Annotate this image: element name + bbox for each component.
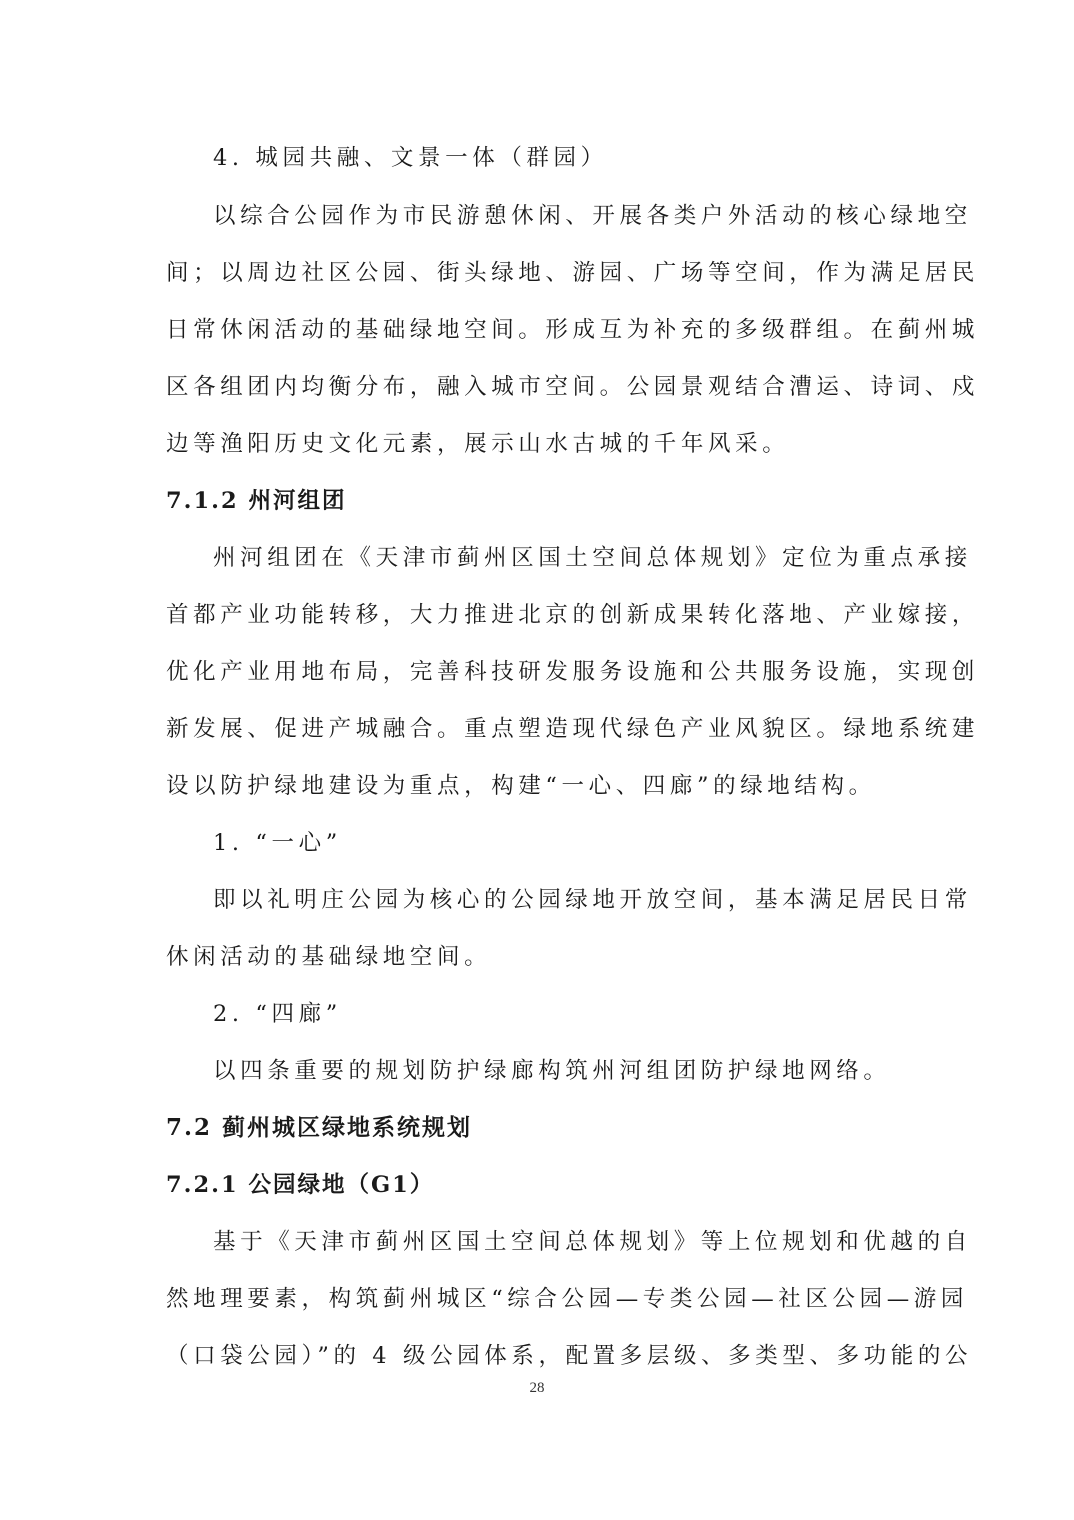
paragraph-line: 间；以周边社区公园、街头绿地、游园、广场等空间，作为满足居民 [166,258,912,288]
paragraph-line: 优化产业用地布局，完善科技研发服务设施和公共服务设施，实现创 [166,657,912,687]
paragraph-line: 以综合公园作为市民游憩休闲、开展各类户外活动的核心绿地空 [213,201,913,231]
paragraph-line: 基于《天津市蓟州区国土空间总体规划》等上位规划和优越的自 [213,1227,913,1257]
paragraph-line: 州河组团在《天津市蓟州区国土空间总体规划》定位为重点承接 [213,543,913,573]
section-heading-7-2: 7.2 蓟州城区绿地系统规划 [166,1113,912,1143]
paragraph-line: 首都产业功能转移，大力推进北京的创新成果转化落地、产业嫁接， [166,600,912,630]
paragraph-line: 区各组团内均衡分布，融入城市空间。公园景观结合漕运、诗词、戍 [166,372,912,402]
section-heading-7-2-1: 7.2.1 公园绿地（G1） [166,1170,912,1200]
paragraph-line: 以四条重要的规划防护绿廊构筑州河组团防护绿地网络。 [213,1056,913,1086]
list-item-heading: 2. “四廊” [213,999,913,1029]
paragraph-line: 即以礼明庄公园为核心的公园绿地开放空间，基本满足居民日常 [213,885,913,915]
paragraph-line: 日常休闲活动的基础绿地空间。形成互为补充的多级群组。在蓟州城 [166,315,912,345]
paragraph-line: 新发展、促进产城融合。重点塑造现代绿色产业风貌区。绿地系统建 [166,714,912,744]
paragraph-line: 设以防护绿地建设为重点，构建“一心、四廊”的绿地结构。 [166,771,912,801]
section-heading-7-1-2: 7.1.2 州河组团 [166,486,912,516]
paragraph-line: 然地理要素，构筑蓟州城区“综合公园—专类公园—社区公园—游园 [166,1284,912,1314]
subsection-item-heading: 4. 城园共融、文景一体（群园） [213,143,913,173]
document-page: 4. 城园共融、文景一体（群园） 以综合公园作为市民游憩休闲、开展各类户外活动的… [0,0,1074,1520]
list-item-heading: 1. “一心” [213,828,913,858]
paragraph-line: （口袋公园）”的 4 级公园体系，配置多层级、多类型、多功能的公 [166,1341,912,1371]
paragraph-line: 休闲活动的基础绿地空间。 [166,942,912,972]
page-number: 28 [0,1380,1074,1397]
paragraph-line: 边等渔阳历史文化元素，展示山水古城的千年风采。 [166,429,912,459]
